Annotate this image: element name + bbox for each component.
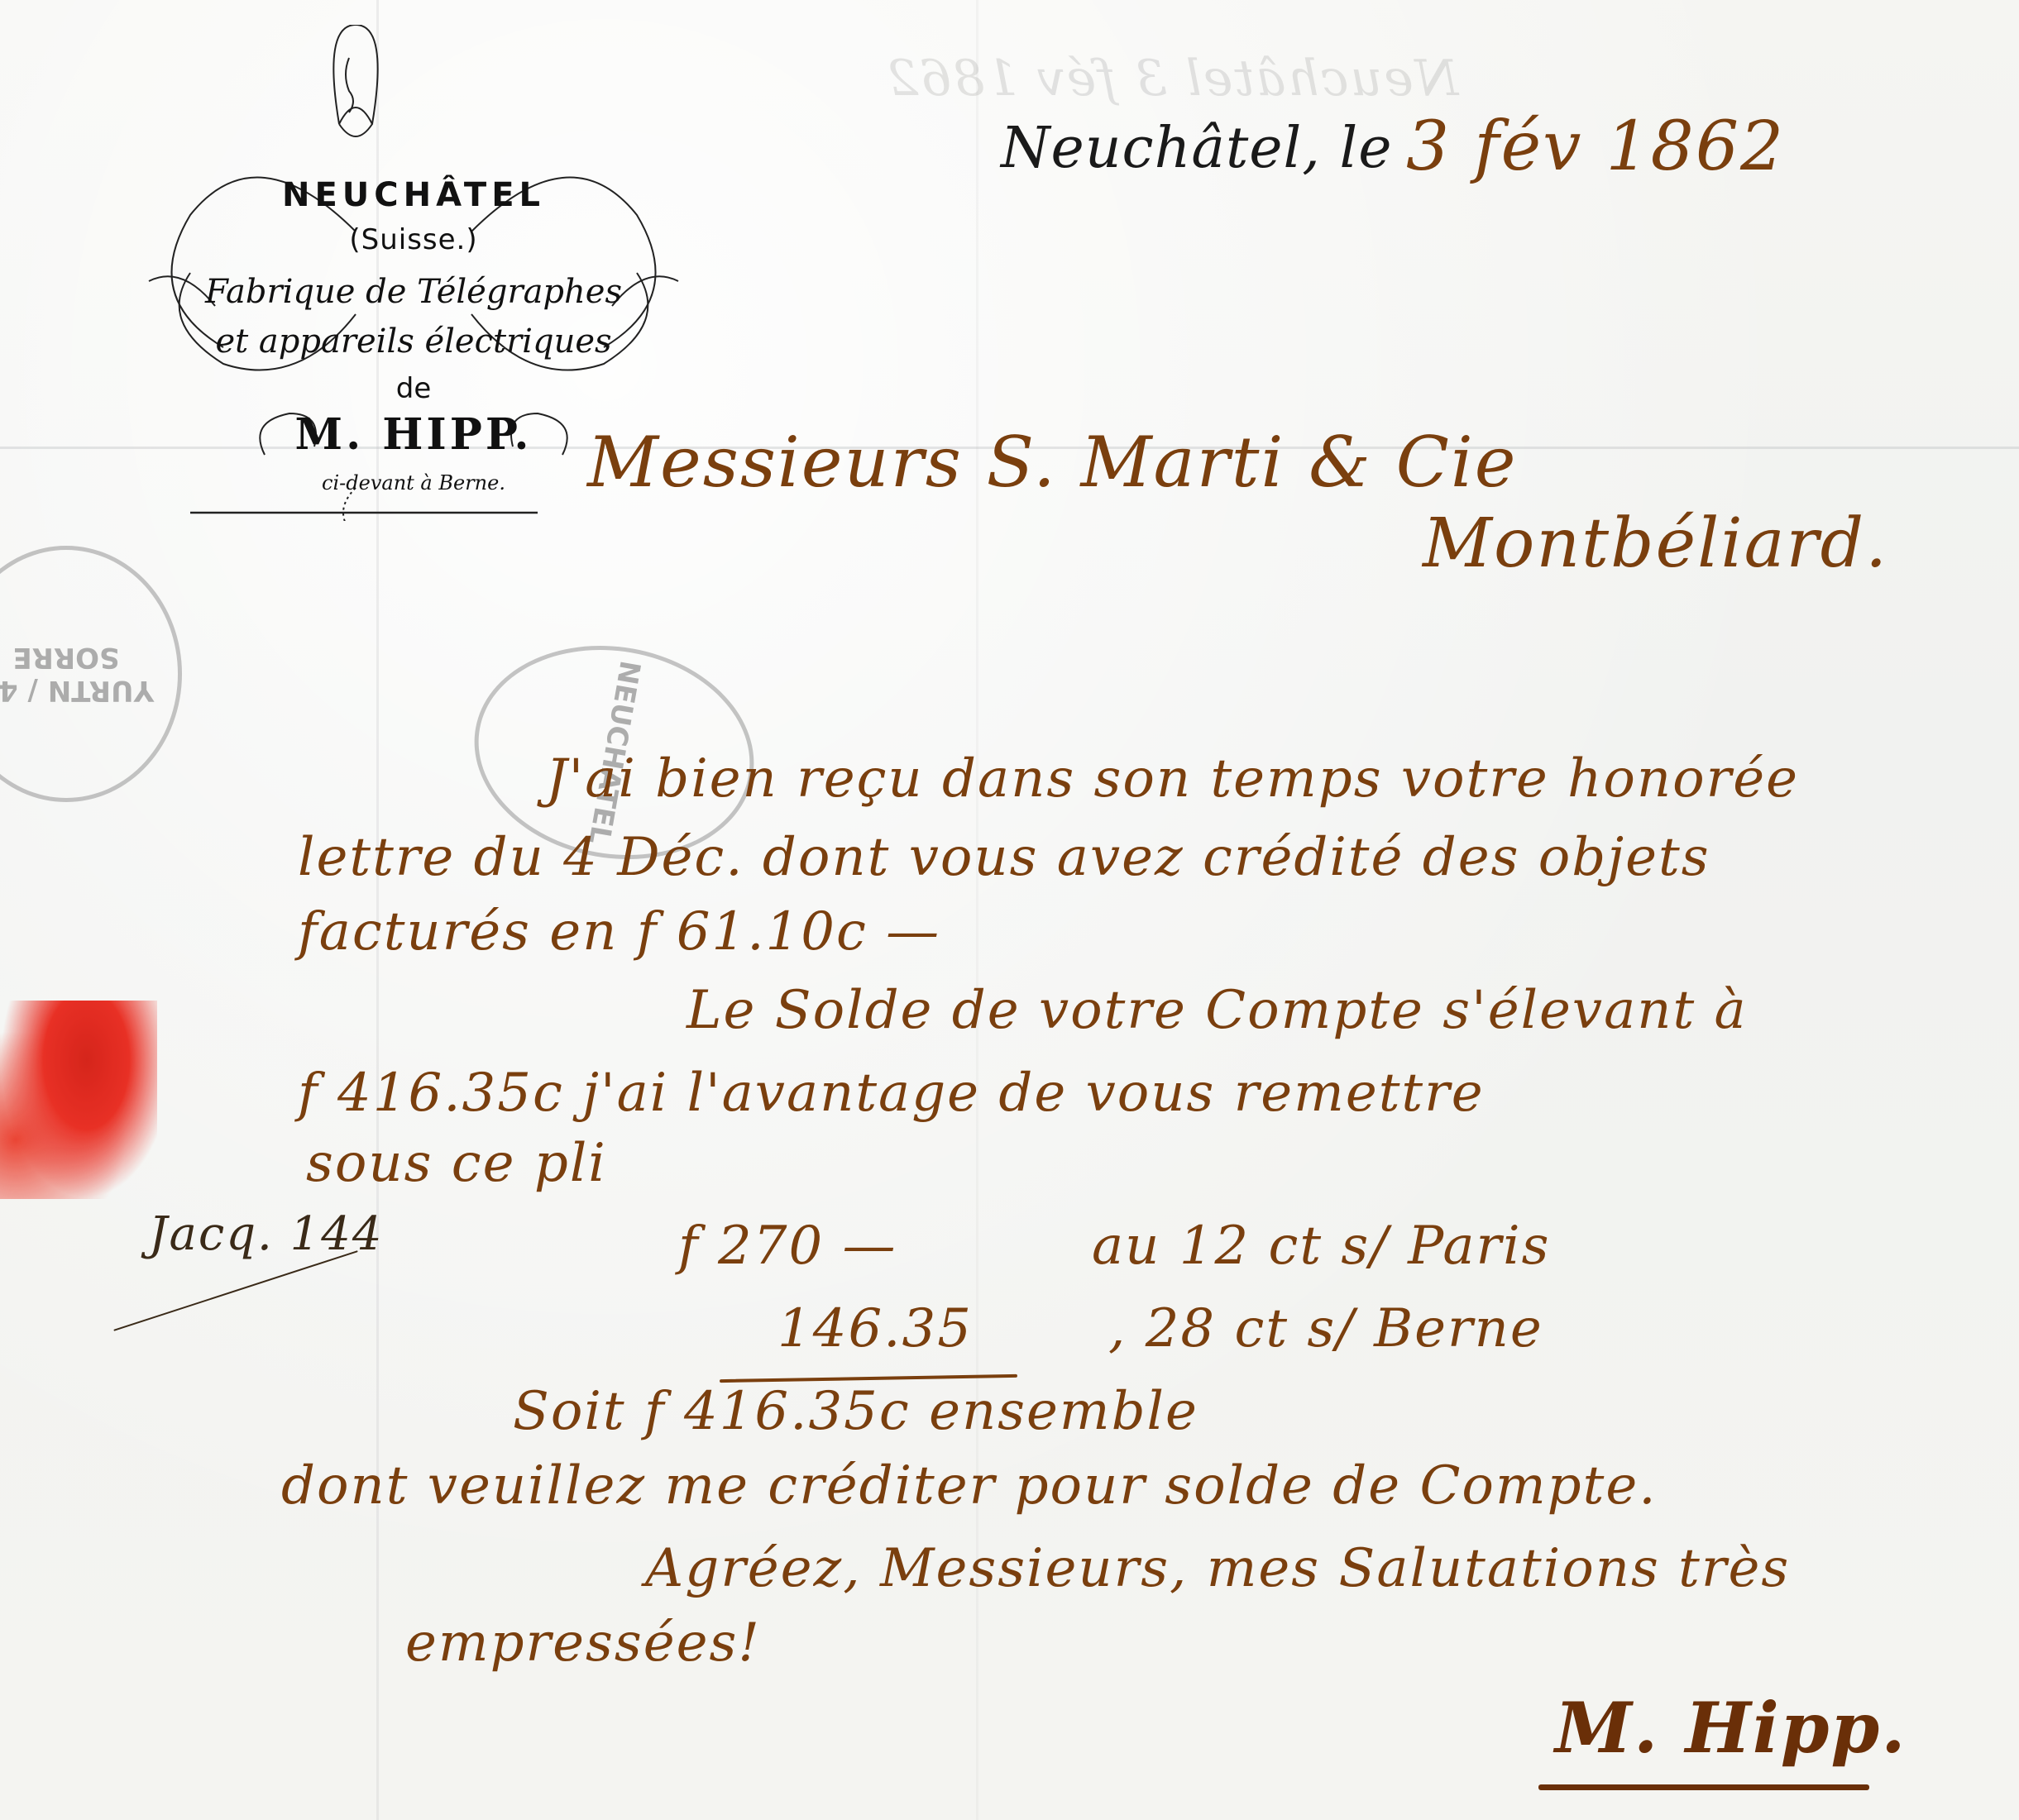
signature-underline (1538, 1784, 1869, 1790)
dateline-date: 3 fév 1862 (1406, 107, 1785, 186)
closing-line: dont veuillez me créditer pour solde de … (281, 1455, 1658, 1517)
remittance-detail: , 28 ct s/ Berne (1108, 1298, 1543, 1359)
letter-page: NEUCHÂTEL (Suisse.) Fabrique de Télégrap… (0, 0, 2019, 1820)
letterhead-business-line2: et appareils électriques (124, 322, 703, 361)
addressee-city: Montbéliard. (1423, 504, 1888, 583)
closing-line: Agréez, Messieurs, mes Salutations très (645, 1538, 1790, 1599)
margin-note-swash (113, 1250, 357, 1331)
letterhead-country: (Suisse.) (124, 223, 703, 256)
body-line: facturés en f 61.10c — (298, 901, 940, 963)
signature: M. Hipp. (1555, 1687, 1907, 1769)
letterhead-connector: de (124, 372, 703, 405)
body-line: sous ce pli (306, 1133, 607, 1194)
total-line: Soit f 416.35c ensemble (513, 1381, 1198, 1442)
remittance-amount: f 270 — (678, 1216, 897, 1277)
bleed-through-text: Neuchâtel 3 fév 1862 (885, 50, 1458, 107)
wax-seal (0, 1001, 157, 1199)
body-line: Le Solde de votre Compte s'élevant à (687, 980, 1748, 1041)
postmark-stamp: YURTN / 4 / SORRE (0, 546, 182, 802)
closing-line: empressées! (405, 1612, 761, 1674)
letterhead-business-line1: Fabrique de Télégraphes (124, 273, 703, 311)
letterhead-city: NEUCHÂTEL (124, 176, 703, 214)
remittance-amount: 146.35 (777, 1298, 973, 1359)
remittance-detail: au 12 ct s/ Paris (1092, 1216, 1550, 1277)
body-line: J'ai bien reçu dans son temps votre hono… (546, 748, 1799, 810)
body-line: f 416.35c j'ai l'avantage de vous remett… (298, 1063, 1485, 1124)
body-line: lettre du 4 Déc. dont vous avez crédité … (298, 827, 1710, 888)
dateline-place: Neuchâtel, le (1001, 116, 1393, 181)
addressee-name: Messieurs S. Marti & Cie (587, 422, 1517, 503)
